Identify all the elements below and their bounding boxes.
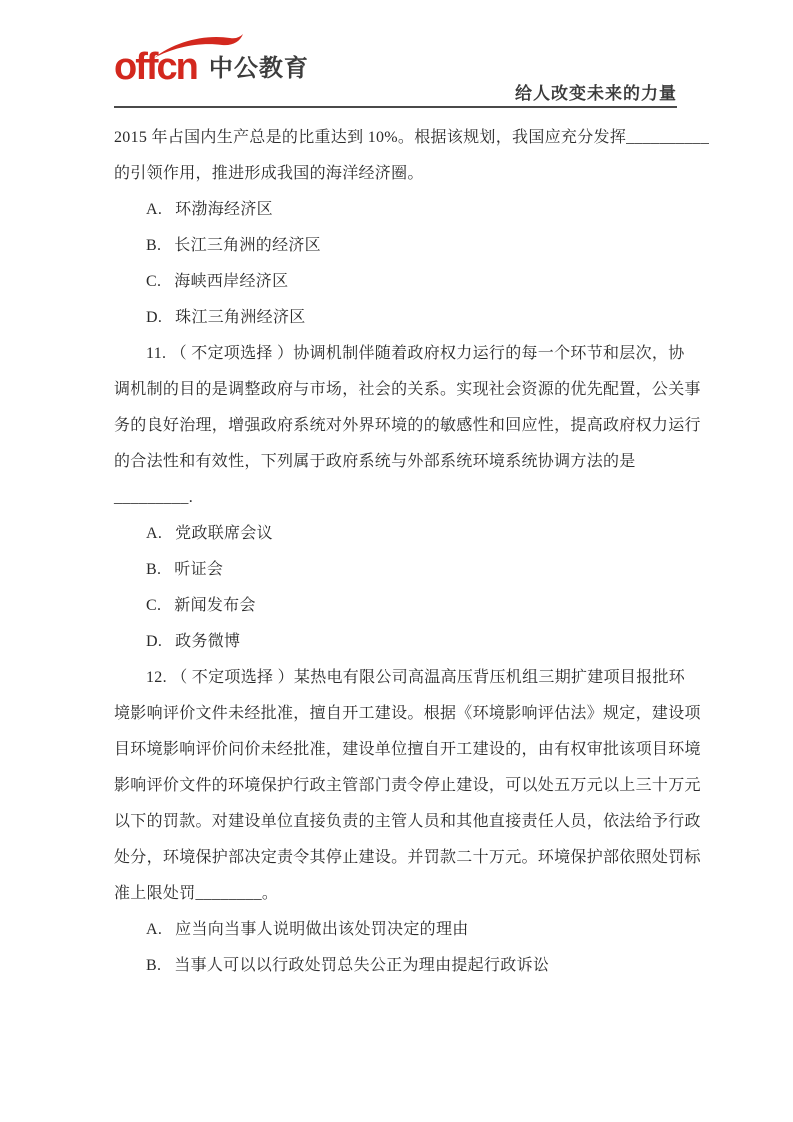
document-body: 2015 年占国内生产总是的比重达到 10%。根据该规划，我国应充分发挥____…: [114, 120, 680, 984]
document-page: offcn 中公教育 给人改变未来的力量 2015 年占国内生产总是的比重达到 …: [0, 0, 793, 1122]
question-11: 11. （ 不定项选择 ）协调机制伴随着政府权力运行的每一个环节和层次，协 调机…: [114, 336, 680, 660]
question-10: 2015 年占国内生产总是的比重达到 10%。根据该规划，我国应充分发挥____…: [114, 120, 680, 336]
option-item: B.听证会: [114, 552, 680, 588]
option-item: B.长江三角洲的经济区: [114, 228, 680, 264]
option-text: 当事人可以以行政处罚总失公正为理由提起行政诉讼: [174, 957, 549, 974]
question-stem-line: 处分，环境保护部决定责令其停止建设。并罚款二十万元。环境保护部依照处罚标: [114, 840, 680, 876]
option-letter: B.: [146, 948, 161, 984]
question-stem-line: 2015 年占国内生产总是的比重达到 10%。根据该规划，我国应充分发挥____…: [114, 120, 680, 156]
option-text: 海峡西岸经济区: [174, 273, 288, 290]
question-stem-line: 影响评价文件的环境保护行政主管部门责令停止建设，可以处五万元以上三十万元: [114, 768, 680, 804]
question-stem-line: 11. （ 不定项选择 ）协调机制伴随着政府权力运行的每一个环节和层次，协: [114, 336, 680, 372]
option-text: 应当向当事人说明做出该处罚决定的理由: [175, 921, 468, 938]
option-text: 听证会: [174, 561, 223, 578]
option-letter: B.: [146, 228, 161, 264]
option-item: C.海峡西岸经济区: [114, 264, 680, 300]
option-letter: A.: [146, 516, 162, 552]
question-stem-line: 的合法性和有效性，下列属于政府系统与外部系统环境系统协调方法的是: [114, 444, 680, 480]
option-item: D.政务微博: [114, 624, 680, 660]
option-item: B.当事人可以以行政处罚总失公正为理由提起行政诉讼: [114, 948, 680, 984]
header: offcn 中公教育 给人改变未来的力量: [114, 42, 677, 108]
question-stem-line: 12. （ 不定项选择 ）某热电有限公司高温高压背压机组三期扩建项目报批环: [114, 660, 680, 696]
option-item: C.新闻发布会: [114, 588, 680, 624]
option-letter: B.: [146, 552, 161, 588]
option-text: 政务微博: [175, 633, 240, 650]
option-item: D.珠江三角洲经济区: [114, 300, 680, 336]
option-letter: D.: [146, 300, 162, 336]
option-text: 珠江三角洲经济区: [175, 309, 305, 326]
question-stem-line: 以下的罚款。对建设单位直接负责的主管人员和其他直接责任人员，依法给予行政: [114, 804, 680, 840]
option-text: 环渤海经济区: [175, 201, 273, 218]
option-text: 新闻发布会: [174, 597, 256, 614]
option-item: A.党政联席会议: [114, 516, 680, 552]
question-blank-line: _________.: [114, 480, 680, 516]
option-letter: A.: [146, 192, 162, 228]
option-text: 长江三角洲的经济区: [174, 237, 321, 254]
question-stem-line: 境影响评价文件未经批准，擅自开工建设。根据《环境影响评估法》规定，建设项: [114, 696, 680, 732]
question-stem-line: 务的良好治理，增强政府系统对外界环境的的敏感性和回应性，提高政府权力运行: [114, 408, 680, 444]
question-stem-line: 目环境影响评价问价未经批准，建设单位擅自开工建设的，由有权审批该项目环境: [114, 732, 680, 768]
option-letter: C.: [146, 588, 161, 624]
question-stem-line: 的引领作用，推进形成我国的海洋经济圈。: [114, 156, 680, 192]
option-item: A.环渤海经济区: [114, 192, 680, 228]
header-tagline: 给人改变未来的力量: [515, 79, 677, 104]
option-letter: A.: [146, 912, 162, 948]
logo-wordmark: offcn: [114, 48, 197, 86]
question-12: 12. （ 不定项选择 ）某热电有限公司高温高压背压机组三期扩建项目报批环 境影…: [114, 660, 680, 984]
option-text: 党政联席会议: [175, 525, 273, 542]
question-stem-line: 调机制的目的是调整政府与市场，社会的关系。实现社会资源的优先配置，公关事: [114, 372, 680, 408]
question-stem-line: 准上限处罚________。: [114, 876, 680, 912]
option-item: A.应当向当事人说明做出该处罚决定的理由: [114, 912, 680, 948]
offcn-logo: offcn 中公教育: [114, 48, 309, 86]
option-letter: D.: [146, 624, 162, 660]
logo-swoosh-icon: [152, 34, 244, 60]
option-letter: C.: [146, 264, 161, 300]
